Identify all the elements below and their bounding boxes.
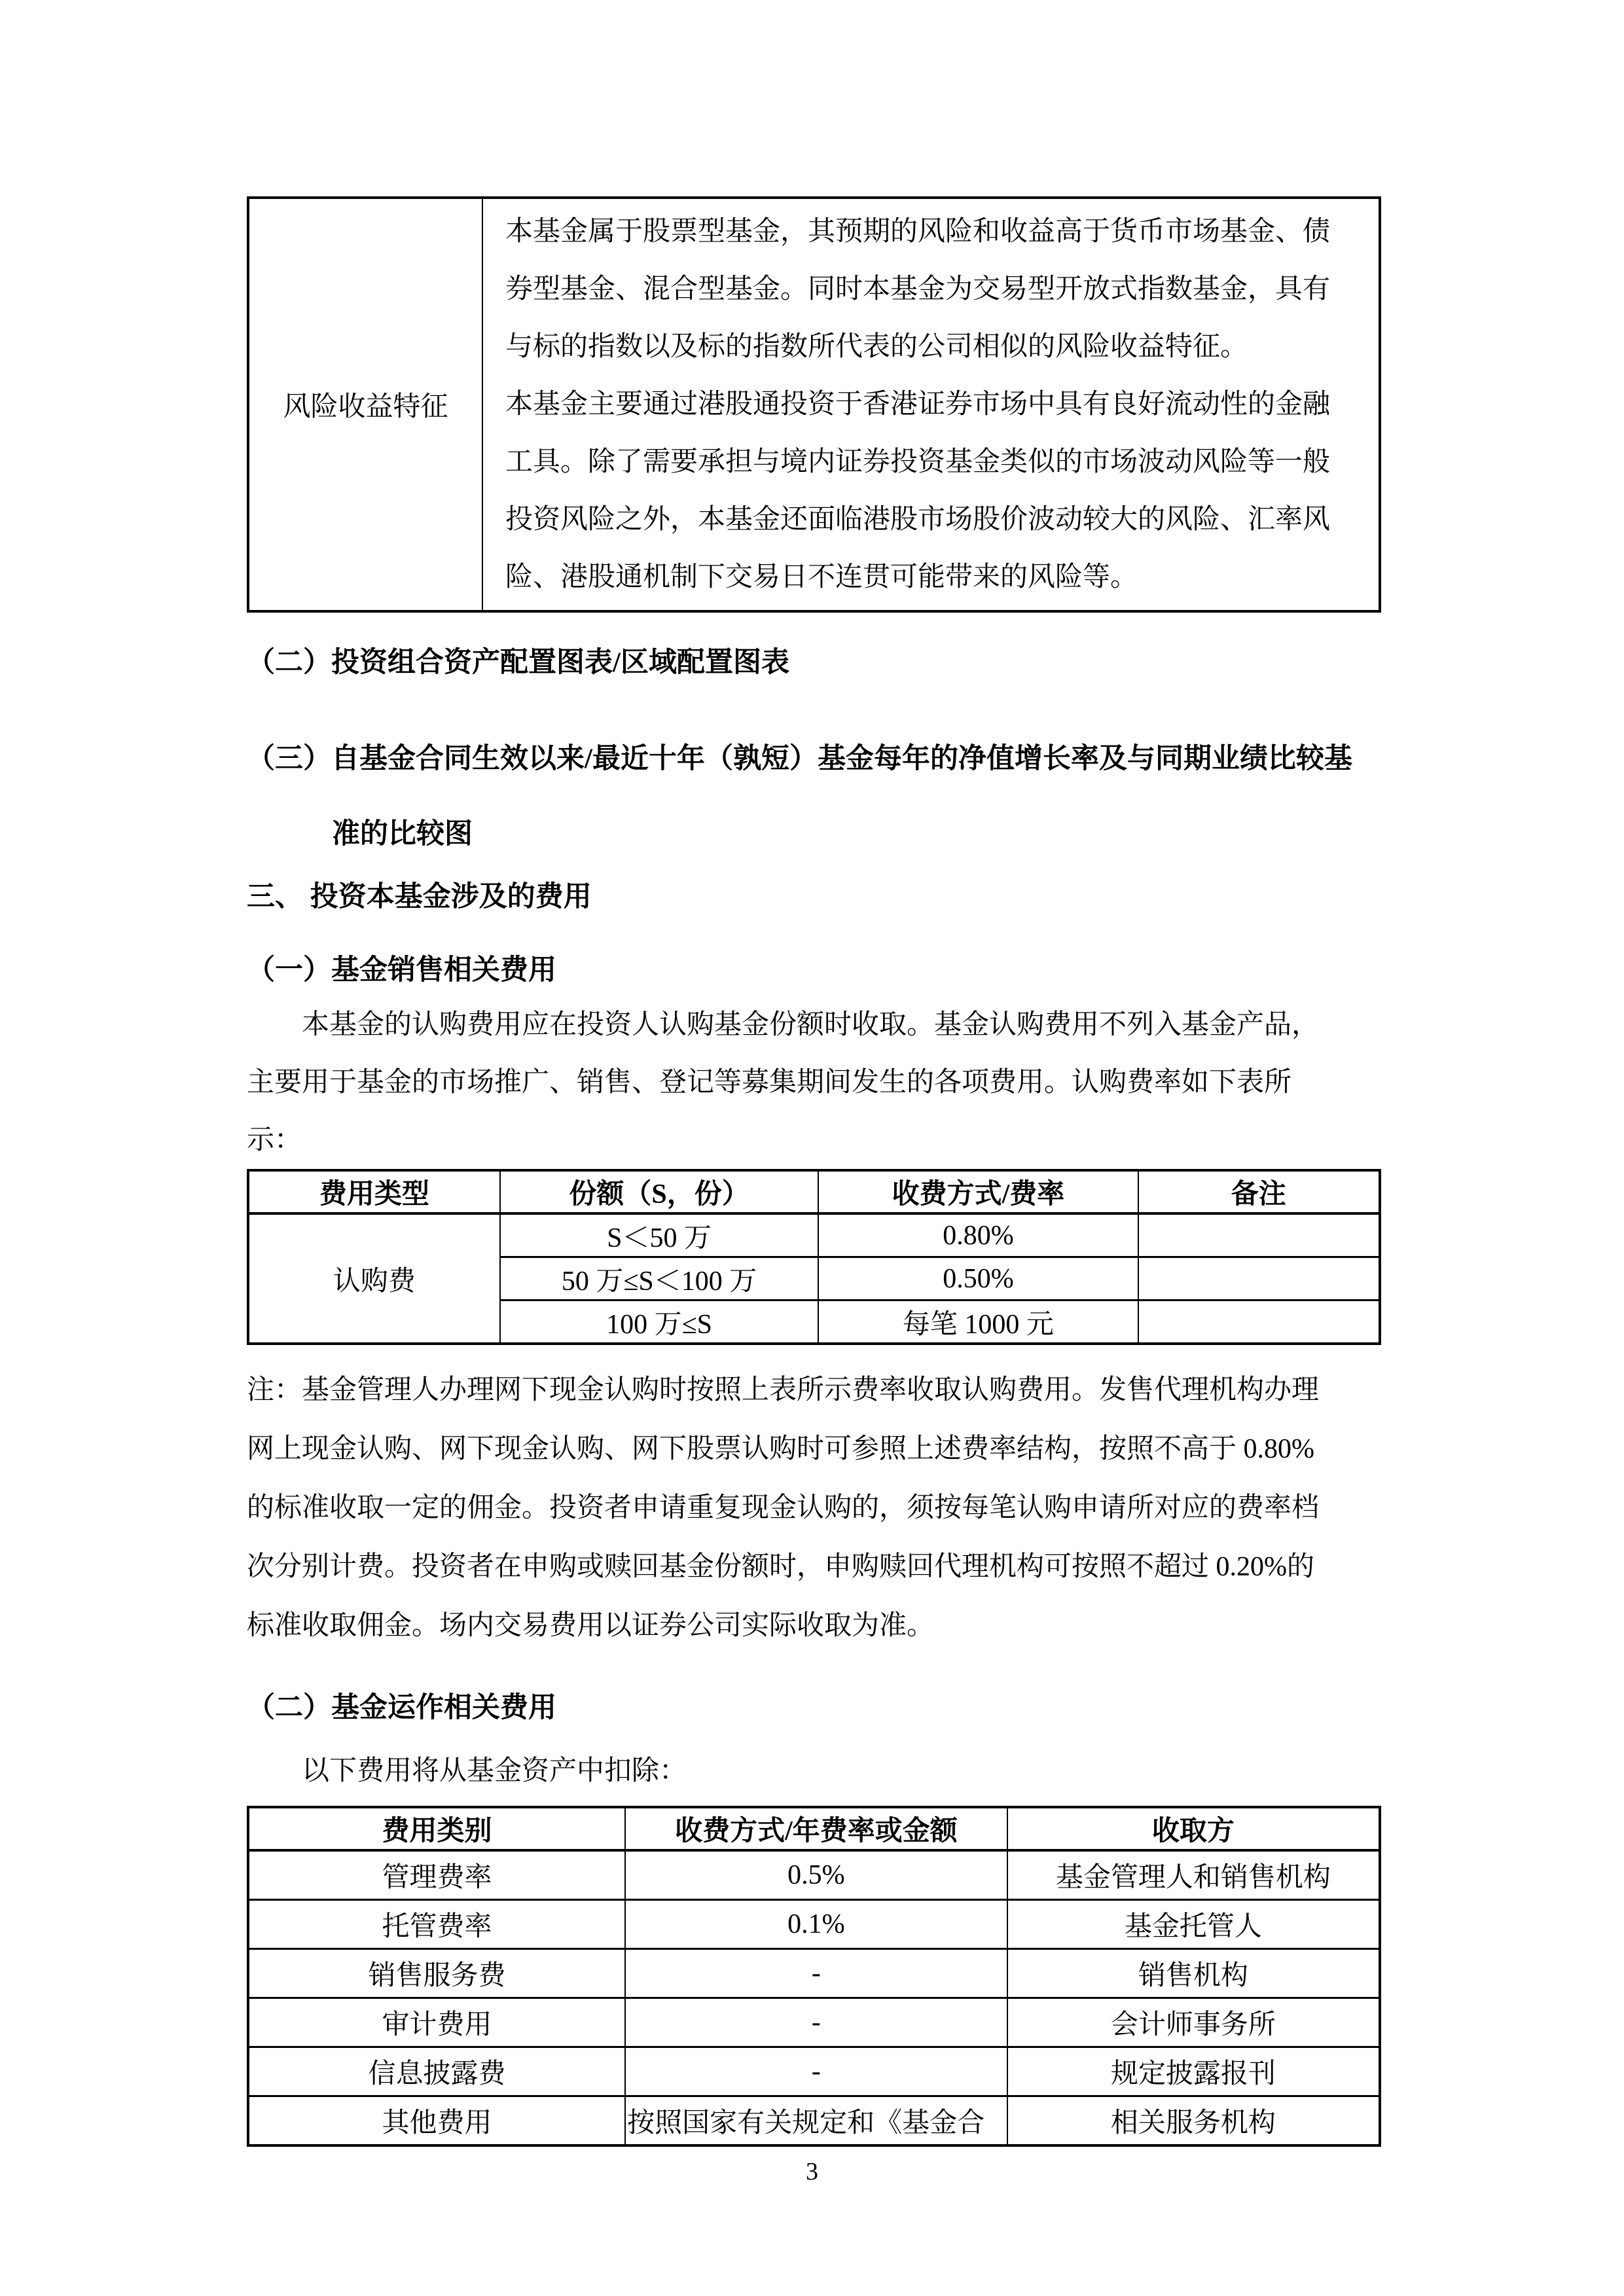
purchase-fee-paragraph: 本基金的认购费用应在投资人认购基金份额时收取。基金认购费用不列入基金产品， 主要… bbox=[247, 996, 1381, 1169]
purchase-fee-table: 费用类型 份额（S，份） 收费方式/费率 备注 认购费 S＜50 万 0.80%… bbox=[247, 1169, 1381, 1345]
rate-cell: 0.1% bbox=[625, 1900, 1007, 1949]
note-line: 网上现金认购、网下现金认购、网下股票认购时可参照上述费率结构，按照不高于 0.8… bbox=[247, 1420, 1381, 1479]
risk-line: 工具。除了需要承担与境内证券投资基金类似的市场波动风险等一般 bbox=[505, 433, 1360, 491]
heading-section-fees: 三、 投资本基金涉及的费用 bbox=[247, 877, 1381, 918]
risk-line: 本基金属于股票型基金，其预期的风险和收益高于货币市场基金、债 bbox=[505, 203, 1360, 260]
purchase-fee-note: 注：基金管理人办理网下现金认购时按照上表所示费率收取认购费用。发售代理机构办理 … bbox=[247, 1361, 1381, 1655]
rate-cell: 0.50% bbox=[818, 1257, 1138, 1300]
column-header: 收取方 bbox=[1007, 1807, 1380, 1850]
table-header-row: 费用类别 收费方式/年费率或金额 收取方 bbox=[248, 1807, 1380, 1850]
document-page: { "page": { "number": "3" }, "risk_table… bbox=[0, 0, 1624, 2296]
tier-cell: S＜50 万 bbox=[500, 1213, 819, 1257]
note-line: 注：基金管理人办理网下现金认购时按照上表所示费率收取认购费用。发售代理机构办理 bbox=[247, 1361, 1381, 1420]
risk-return-table: 风险收益特征 本基金属于股票型基金，其预期的风险和收益高于货币市场基金、债 券型… bbox=[247, 196, 1381, 613]
column-header: 收费方式/费率 bbox=[818, 1170, 1138, 1213]
collector-cell: 基金托管人 bbox=[1007, 1900, 1380, 1949]
fee-category-cell: 管理费率 bbox=[248, 1850, 625, 1900]
remark-cell bbox=[1138, 1213, 1380, 1257]
column-header: 备注 bbox=[1138, 1170, 1380, 1213]
rate-cell: 0.80% bbox=[818, 1213, 1138, 1257]
table-row: 其他费用 按照国家有关规定和《基金合 相关服务机构 bbox=[248, 2096, 1380, 2146]
remark-cell bbox=[1138, 1257, 1380, 1300]
paragraph-line: 本基金的认购费用应在投资人认购基金份额时收取。基金认购费用不列入基金产品， bbox=[247, 996, 1381, 1054]
paragraph-line: 示： bbox=[247, 1111, 1381, 1169]
note-line: 次分别计费。投资者在申购或赎回基金份额时，申购赎回代理机构可按照不超过 0.20… bbox=[247, 1537, 1381, 1596]
table-row: 认购费 S＜50 万 0.80% bbox=[248, 1213, 1380, 1257]
fee-type-cell: 认购费 bbox=[248, 1213, 500, 1344]
heading-line: 准的比较图 bbox=[332, 797, 1381, 872]
table-row: 销售服务费 - 销售机构 bbox=[248, 1949, 1380, 1998]
risk-return-label: 风险收益特征 bbox=[248, 198, 482, 611]
risk-line: 本基金主要通过港股通投资于香港证券市场中具有良好流动性的金融 bbox=[505, 376, 1360, 433]
column-header: 费用类型 bbox=[248, 1170, 500, 1213]
rate-cell: 每笔 1000 元 bbox=[818, 1300, 1138, 1344]
table-row: 托管费率 0.1% 基金托管人 bbox=[248, 1900, 1380, 1949]
column-header: 费用类别 bbox=[248, 1807, 625, 1850]
table-row: 风险收益特征 本基金属于股票型基金，其预期的风险和收益高于货币市场基金、债 券型… bbox=[248, 198, 1380, 611]
heading-sales-fees: （一）基金销售相关费用 bbox=[247, 950, 1381, 991]
fee-category-cell: 其他费用 bbox=[248, 2096, 625, 2146]
collector-cell: 基金管理人和销售机构 bbox=[1007, 1850, 1380, 1900]
page-content: 风险收益特征 本基金属于股票型基金，其预期的风险和收益高于货币市场基金、债 券型… bbox=[247, 196, 1381, 2147]
table-row: 信息披露费 - 规定披露报刊 bbox=[248, 2047, 1380, 2096]
collector-cell: 会计师事务所 bbox=[1007, 1998, 1380, 2047]
fee-category-cell: 销售服务费 bbox=[248, 1949, 625, 1998]
fee-category-cell: 托管费率 bbox=[248, 1900, 625, 1949]
operation-fee-intro: 以下费用将从基金资产中扣除： bbox=[247, 1751, 1381, 1791]
risk-line: 投资风险之外，本基金还面临港股市场股价波动较大的风险、汇率风 bbox=[505, 491, 1360, 548]
page-number: 3 bbox=[0, 2157, 1624, 2186]
collector-cell: 销售机构 bbox=[1007, 1949, 1380, 1998]
heading-portfolio-charts: （二）投资组合资产配置图表/区域配置图表 bbox=[247, 643, 1381, 683]
fee-category-cell: 信息披露费 bbox=[248, 2047, 625, 2096]
table-row: 管理费率 0.5% 基金管理人和销售机构 bbox=[248, 1850, 1380, 1900]
rate-cell: - bbox=[625, 1998, 1007, 2047]
risk-line: 与标的指数以及标的指数所代表的公司相似的风险收益特征。 bbox=[505, 318, 1360, 376]
operation-fee-table: 费用类别 收费方式/年费率或金额 收取方 管理费率 0.5% 基金管理人和销售机… bbox=[247, 1806, 1381, 2147]
note-line: 的标准收取一定的佣金。投资者申请重复现金认购的，须按每笔认购申请所对应的费率档 bbox=[247, 1479, 1381, 1537]
table-header-row: 费用类型 份额（S，份） 收费方式/费率 备注 bbox=[248, 1170, 1380, 1213]
heading-line: （三）自基金合同生效以来/最近十年（孰短）基金每年的净值增长率及与同期业绩比较基 bbox=[247, 721, 1381, 797]
heading-operation-fees: （二）基金运作相关费用 bbox=[247, 1688, 1381, 1729]
table-row: 审计费用 - 会计师事务所 bbox=[248, 1998, 1380, 2047]
remark-cell bbox=[1138, 1300, 1380, 1344]
rate-cell: 按照国家有关规定和《基金合 bbox=[625, 2096, 1007, 2146]
column-header: 份额（S，份） bbox=[500, 1170, 819, 1213]
tier-cell: 50 万≤S＜100 万 bbox=[500, 1257, 819, 1300]
rate-cell: - bbox=[625, 1949, 1007, 1998]
risk-line: 券型基金、混合型基金。同时本基金为交易型开放式指数基金，具有 bbox=[505, 260, 1360, 318]
risk-return-description: 本基金属于股票型基金，其预期的风险和收益高于货币市场基金、债 券型基金、混合型基… bbox=[482, 198, 1380, 611]
paragraph-line: 主要用于基金的市场推广、销售、登记等募集期间发生的各项费用。认购费率如下表所 bbox=[247, 1054, 1381, 1111]
fee-category-cell: 审计费用 bbox=[248, 1998, 625, 2047]
rate-cell: 0.5% bbox=[625, 1850, 1007, 1900]
tier-cell: 100 万≤S bbox=[500, 1300, 819, 1344]
heading-nav-growth-comparison: （三）自基金合同生效以来/最近十年（孰短）基金每年的净值增长率及与同期业绩比较基… bbox=[247, 721, 1381, 872]
risk-line: 险、港股通机制下交易日不连贯可能带来的风险等。 bbox=[505, 548, 1360, 606]
rate-cell: - bbox=[625, 2047, 1007, 2096]
column-header: 收费方式/年费率或金额 bbox=[625, 1807, 1007, 1850]
collector-cell: 相关服务机构 bbox=[1007, 2096, 1380, 2146]
note-line: 标准收取佣金。场内交易费用以证券公司实际收取为准。 bbox=[247, 1596, 1381, 1655]
collector-cell: 规定披露报刊 bbox=[1007, 2047, 1380, 2096]
